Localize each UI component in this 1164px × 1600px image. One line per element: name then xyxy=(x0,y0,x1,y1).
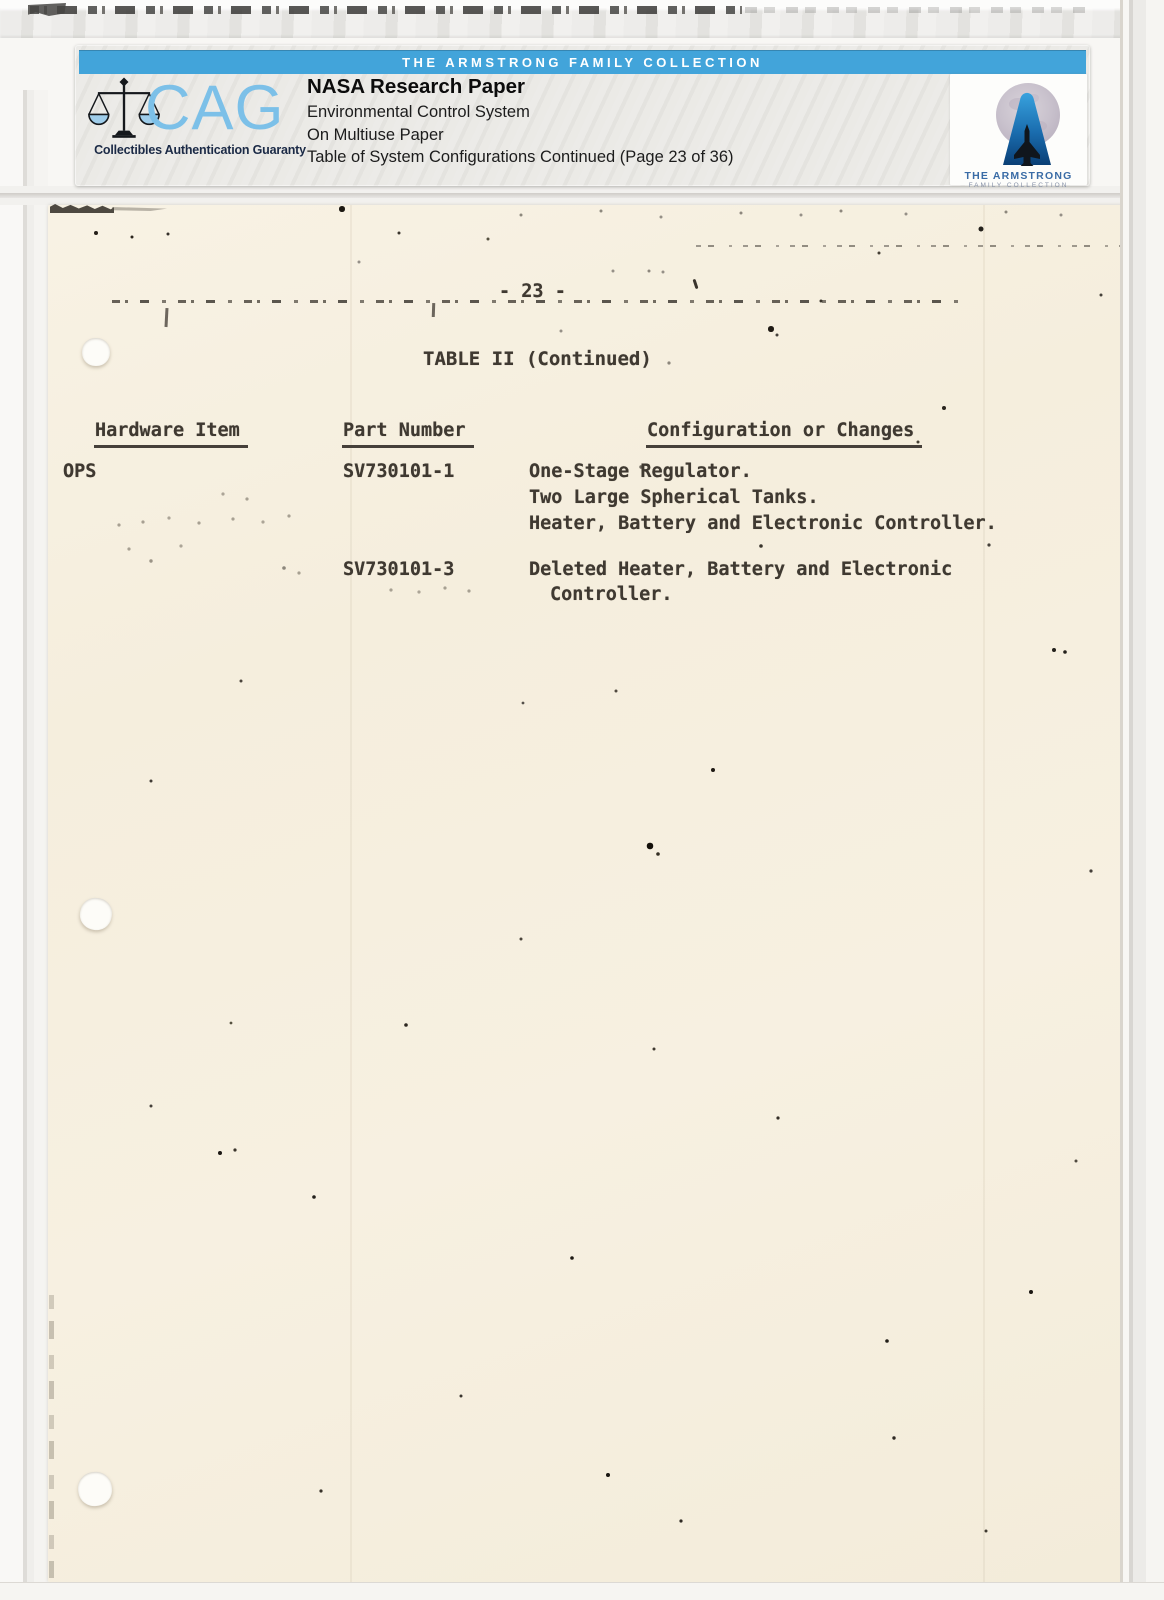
cell-part-number: SV730101-1 xyxy=(343,461,454,483)
column-header-hardware-item: Hardware Item xyxy=(94,420,248,448)
armstrong-logo-title: THE ARMSTRONG xyxy=(950,170,1087,182)
document-page xyxy=(48,205,1125,1582)
table-title: TABLE II (Continued) xyxy=(423,348,652,371)
paper-crease xyxy=(350,205,352,1582)
cag-acronym: CAG xyxy=(145,77,285,140)
collection-banner-text: THE ARMSTRONG FAMILY COLLECTION xyxy=(402,55,763,70)
label-title: NASA Research Paper xyxy=(307,75,525,99)
column-header-part-number: Part Number xyxy=(342,420,474,448)
label-line-1: Environmental Control System xyxy=(307,103,530,122)
column-header-configuration: Configuration or Changes xyxy=(646,420,922,448)
config-line: Deleted Heater, Battery and Electronic xyxy=(529,559,952,581)
config-line: Heater, Battery and Electronic Controlle… xyxy=(529,513,997,535)
photocopy-dash-artifact xyxy=(696,245,1120,247)
photocopy-tick-artifact xyxy=(432,303,435,317)
armstrong-logo-subtitle: FAMILY COLLECTION xyxy=(950,182,1087,189)
holder-bottom-edge xyxy=(0,1582,1164,1600)
armstrong-logo-panel: THE ARMSTRONG FAMILY COLLECTION xyxy=(950,74,1087,185)
cag-label-plate: THE ARMSTRONG FAMILY COLLECTION CAG Coll… xyxy=(75,45,1090,186)
holder-seal-serration xyxy=(30,6,742,14)
paper-faint-speck-layer xyxy=(0,0,2,2)
holder-left-ridge xyxy=(0,90,48,1600)
graded-document-holder: THE ARMSTRONG FAMILY COLLECTION CAG Coll… xyxy=(0,0,1164,1600)
label-line-3: Table of System Configurations Continued… xyxy=(307,148,734,167)
cell-part-number: SV730101-3 xyxy=(343,559,454,581)
holder-right-ridge xyxy=(1120,0,1164,1600)
paper-edge-wear xyxy=(49,1295,54,1578)
label-line-2: On Multiuse Paper xyxy=(307,126,444,145)
holder-seal-serration-faint xyxy=(745,7,1090,13)
page-number: - 23 - xyxy=(499,281,566,303)
paper-crease xyxy=(983,205,985,1582)
config-line: One-Stage Regulator. xyxy=(529,461,752,483)
hole-punch xyxy=(82,338,110,366)
config-line: Controller. xyxy=(550,584,673,606)
cell-hardware-item: OPS xyxy=(63,461,96,483)
armstrong-logo-icon xyxy=(950,74,1087,166)
config-line: Two Large Spherical Tanks. xyxy=(529,487,819,509)
holder-pocket-ridge xyxy=(0,193,1164,198)
cag-tagline: Collectibles Authentication Guaranty xyxy=(81,143,319,157)
collection-banner: THE ARMSTRONG FAMILY COLLECTION xyxy=(79,50,1086,74)
